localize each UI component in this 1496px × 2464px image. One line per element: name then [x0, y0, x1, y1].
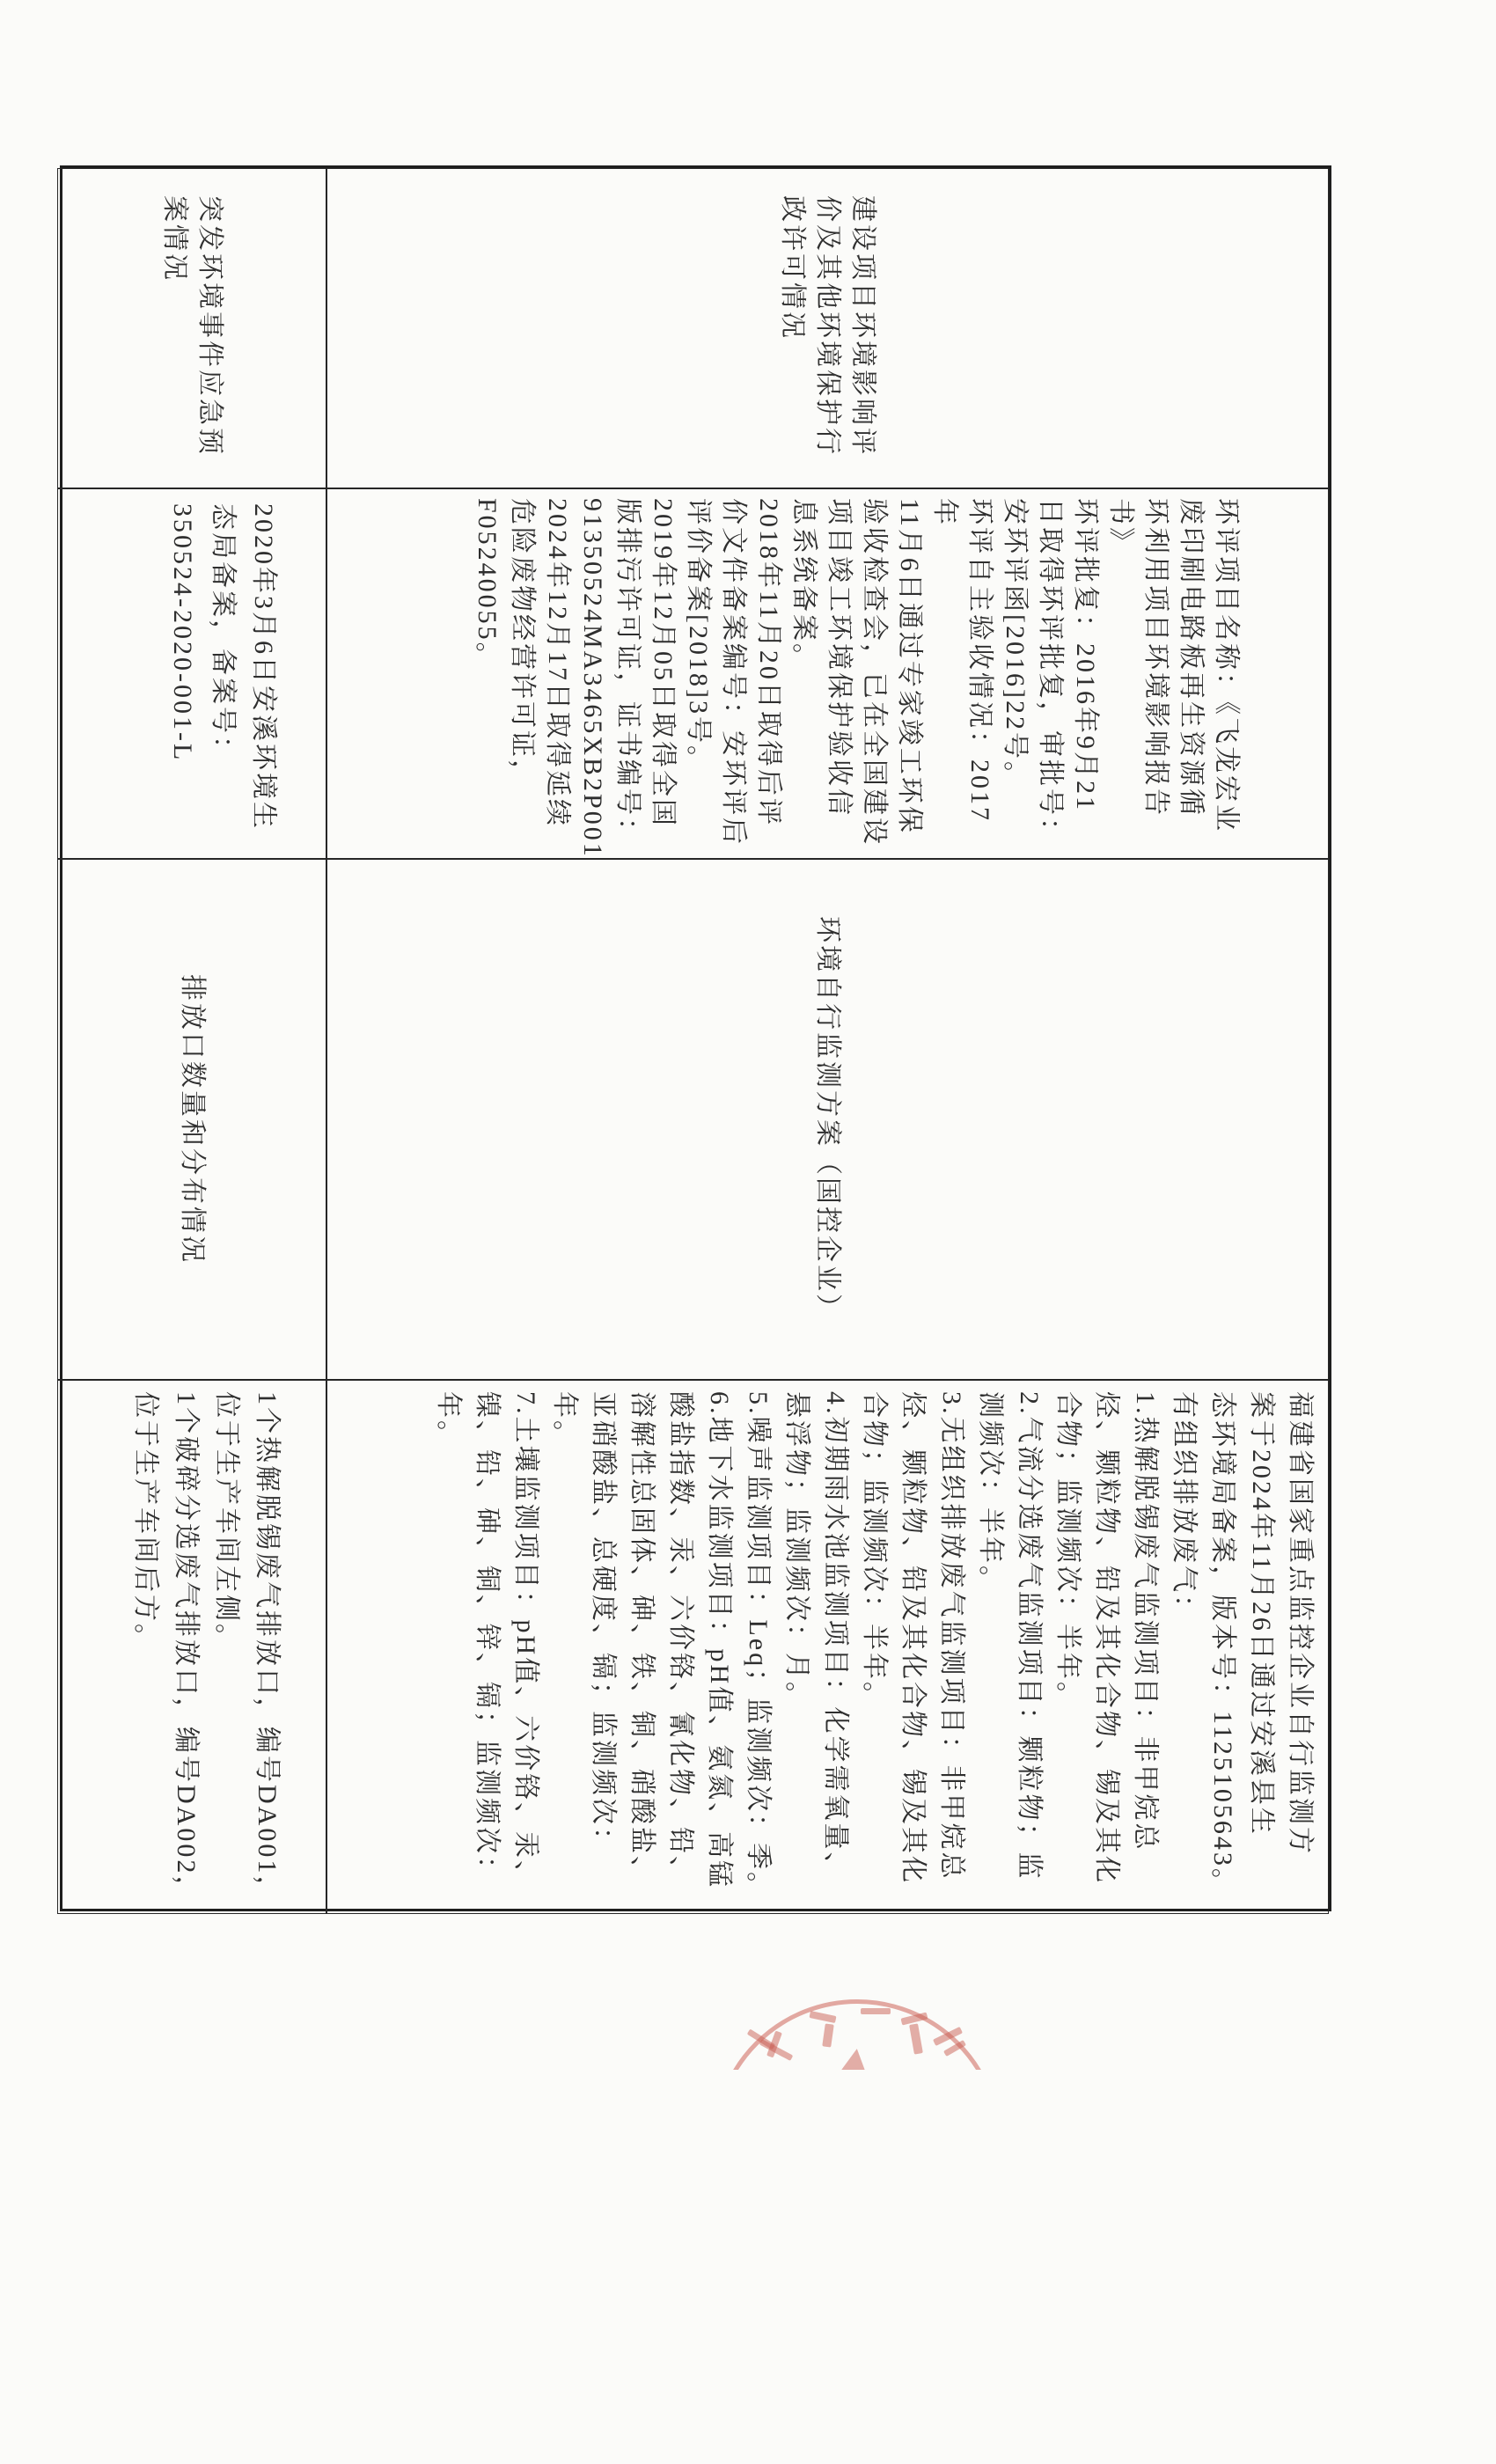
header-cell-eia-permits: 建设项目环境影响评价及其他环境保护行政许可情况: [326, 168, 1329, 488]
scanned-document-page: 建设项目环境影响评价及其他环境保护行政许可情况 环评项目名称：《飞龙宏业 废印刷…: [0, 0, 1496, 2464]
red-seal-partial: [713, 1994, 1007, 2070]
header-cell-outlets: 排放口数量和分布情况: [57, 859, 326, 1380]
seal-ink-fragment: [861, 2008, 891, 2014]
header-cell-emergency-plan: 突发环境事件应急预案情况: [57, 168, 326, 488]
content-cell-outlets: 1个热解脱锡废气排放口，编号DA001， 位于生产车间左侧。 1个破碎分选废气排…: [57, 1380, 326, 1914]
header-label-eia-permits: 建设项目环境影响评价及其他环境保护行政许可情况: [775, 195, 881, 461]
rotated-table-wrapper: 建设项目环境影响评价及其他环境保护行政许可情况 环评项目名称：《飞龙宏业 废印刷…: [0, 0, 1496, 2464]
content-cell-self-monitoring: 福建省国家重点监控企业自行监测方 案于2024年11月26日通过安溪县生 态环境…: [326, 1380, 1329, 1914]
header-label-self-monitoring: 环境自行监测方案（国控企业）: [810, 916, 846, 1323]
content-cell-eia-permits: 环评项目名称：《飞龙宏业 废印刷电路板再生资源循 环利用项目环境影响报告 书》 …: [326, 488, 1329, 859]
header-label-emergency-plan: 突发环境事件应急预案情况: [157, 195, 227, 461]
disclosure-table: 建设项目环境影响评价及其他环境保护行政许可情况 环评项目名称：《飞龙宏业 废印刷…: [60, 165, 1331, 1911]
content-cell-emergency-plan: 2020年3月6日安溪环境生 态局备案，备案号： 350524-2020-001…: [57, 488, 326, 859]
seal-star-tip: [841, 2047, 869, 2070]
header-label-outlets: 排放口数量和分布情况: [174, 974, 209, 1265]
header-cell-self-monitoring: 环境自行监测方案（国控企业）: [326, 859, 1329, 1380]
